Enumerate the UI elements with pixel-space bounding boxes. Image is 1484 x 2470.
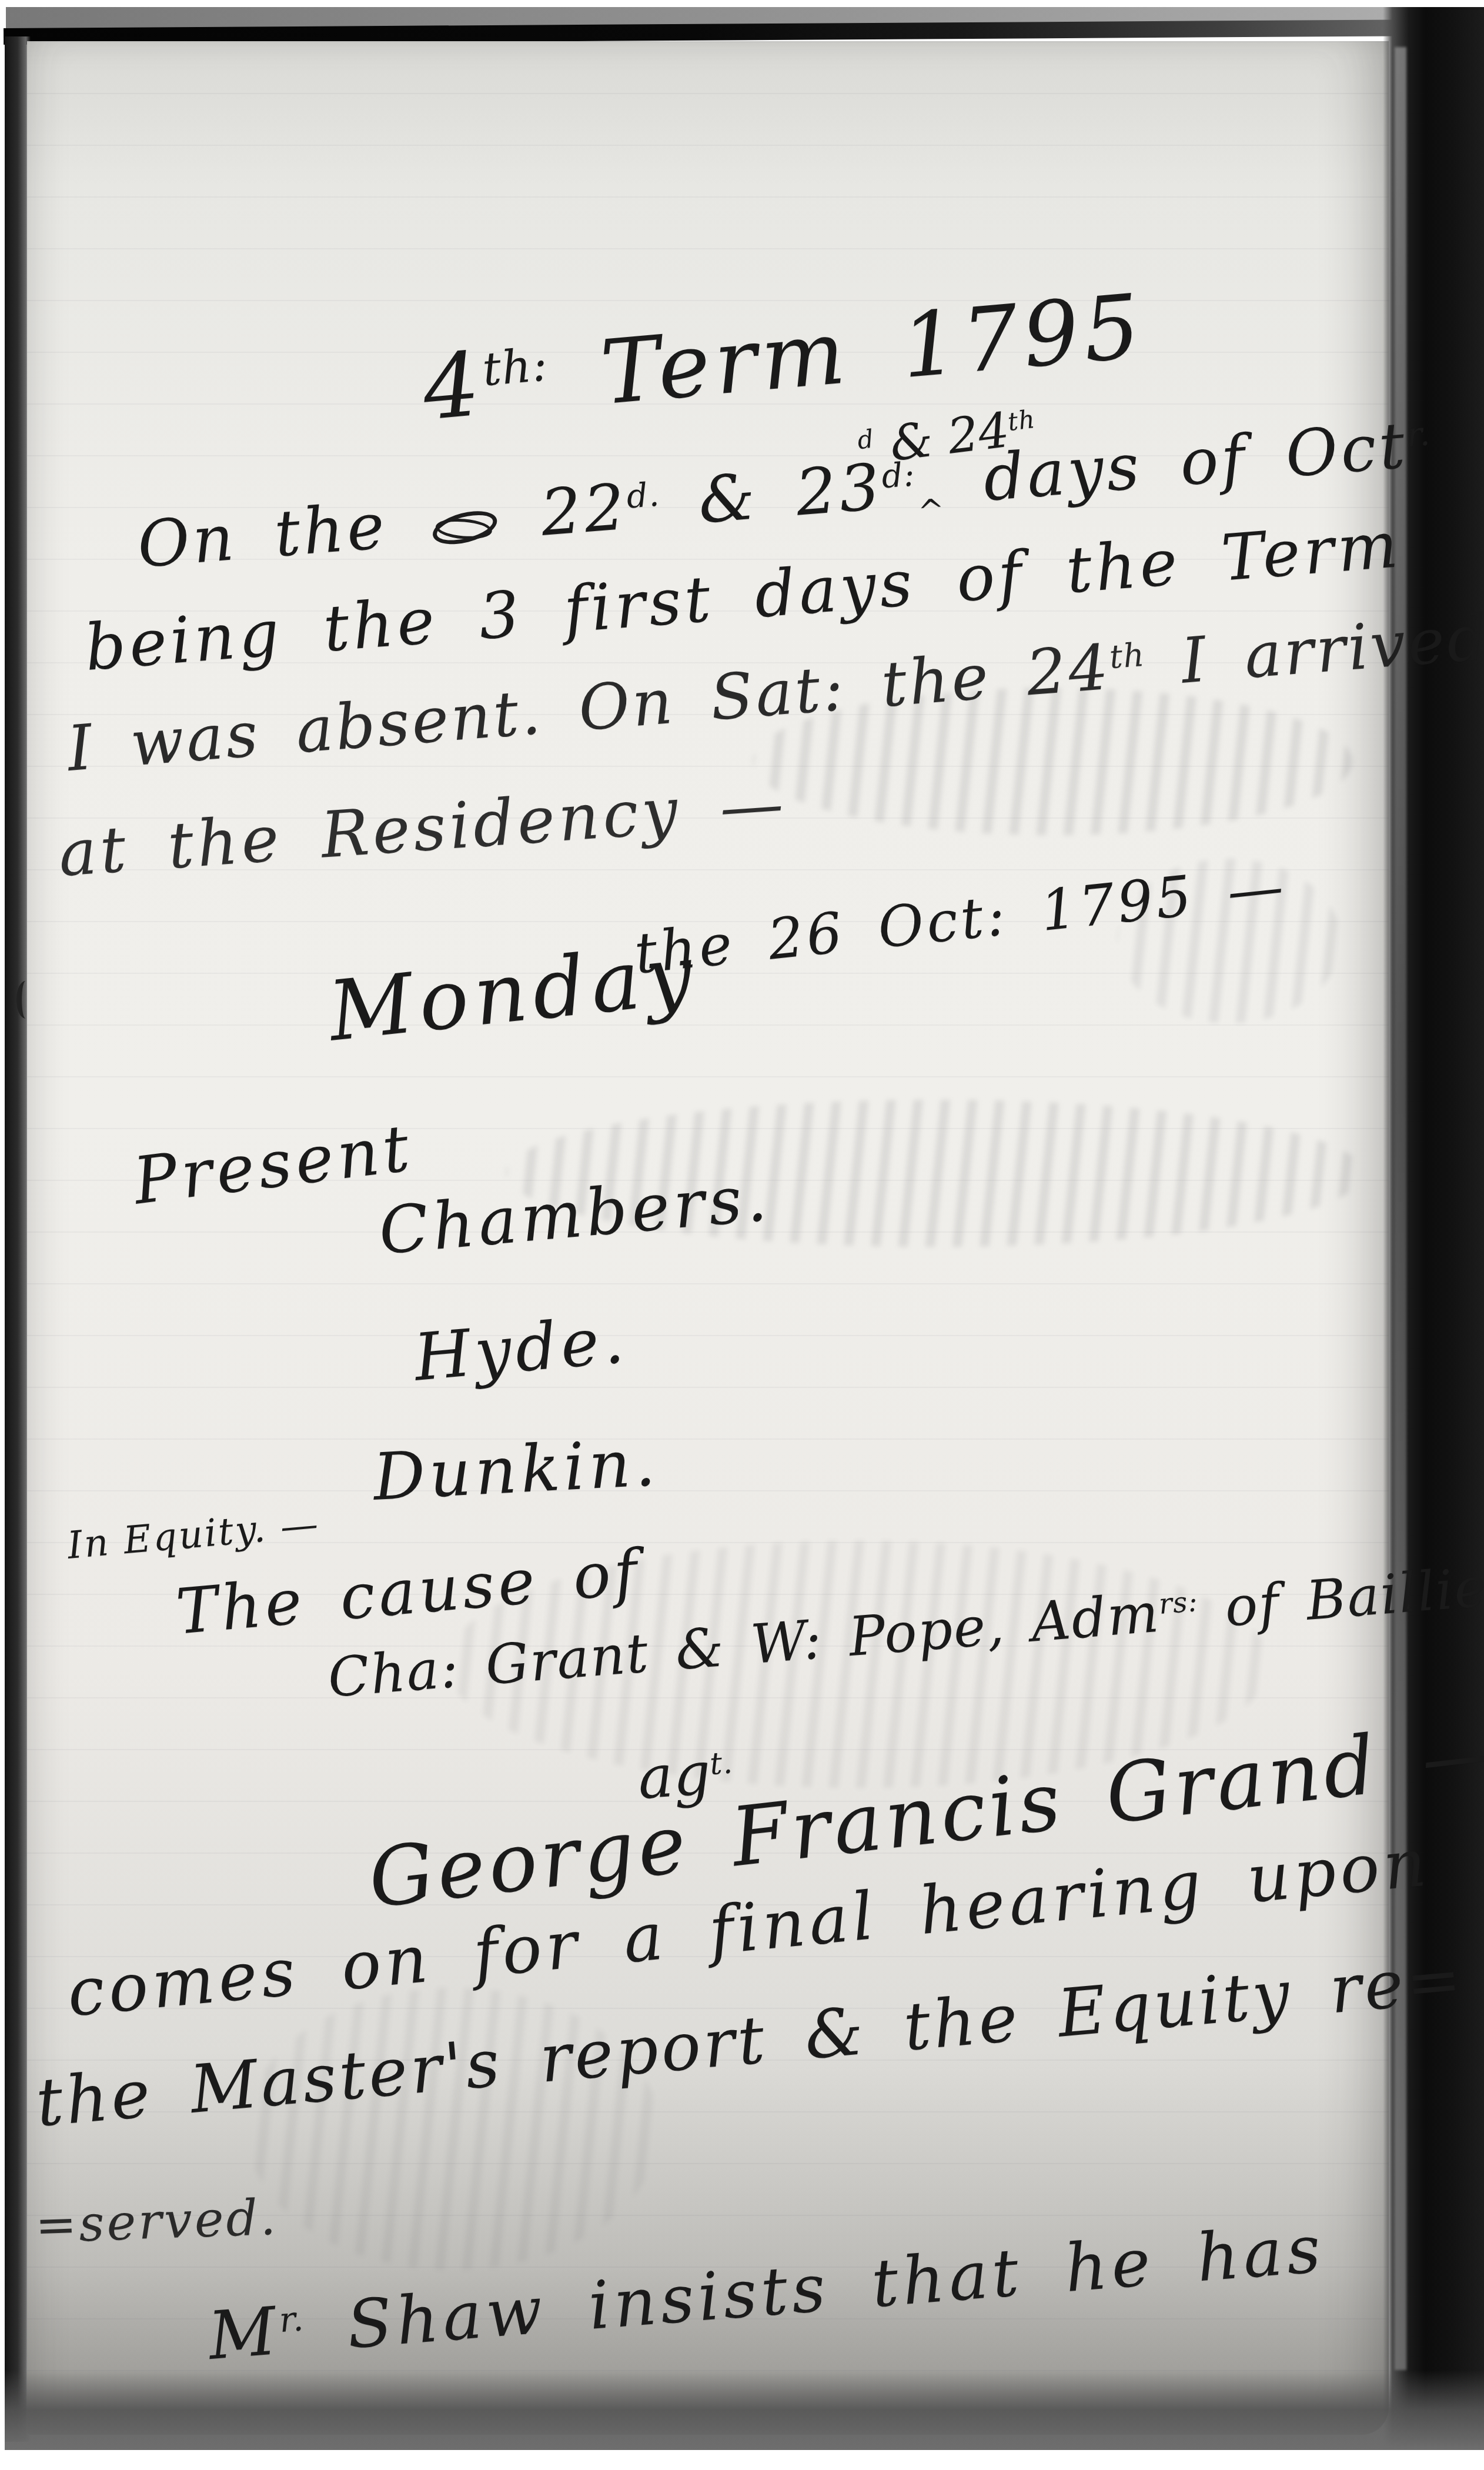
body-line-served: =served. [34,2188,279,2254]
judge-name-dunkin: Dunkin. [372,1425,661,1515]
scan-bottom-border [0,2450,1484,2470]
scanned-manuscript-photo: 4th: Term 1795 d & 24th On the 22d. & 23… [0,0,1484,2470]
page-bottom-shadow [5,2370,1484,2450]
page-edge-notch [16,981,35,1019]
